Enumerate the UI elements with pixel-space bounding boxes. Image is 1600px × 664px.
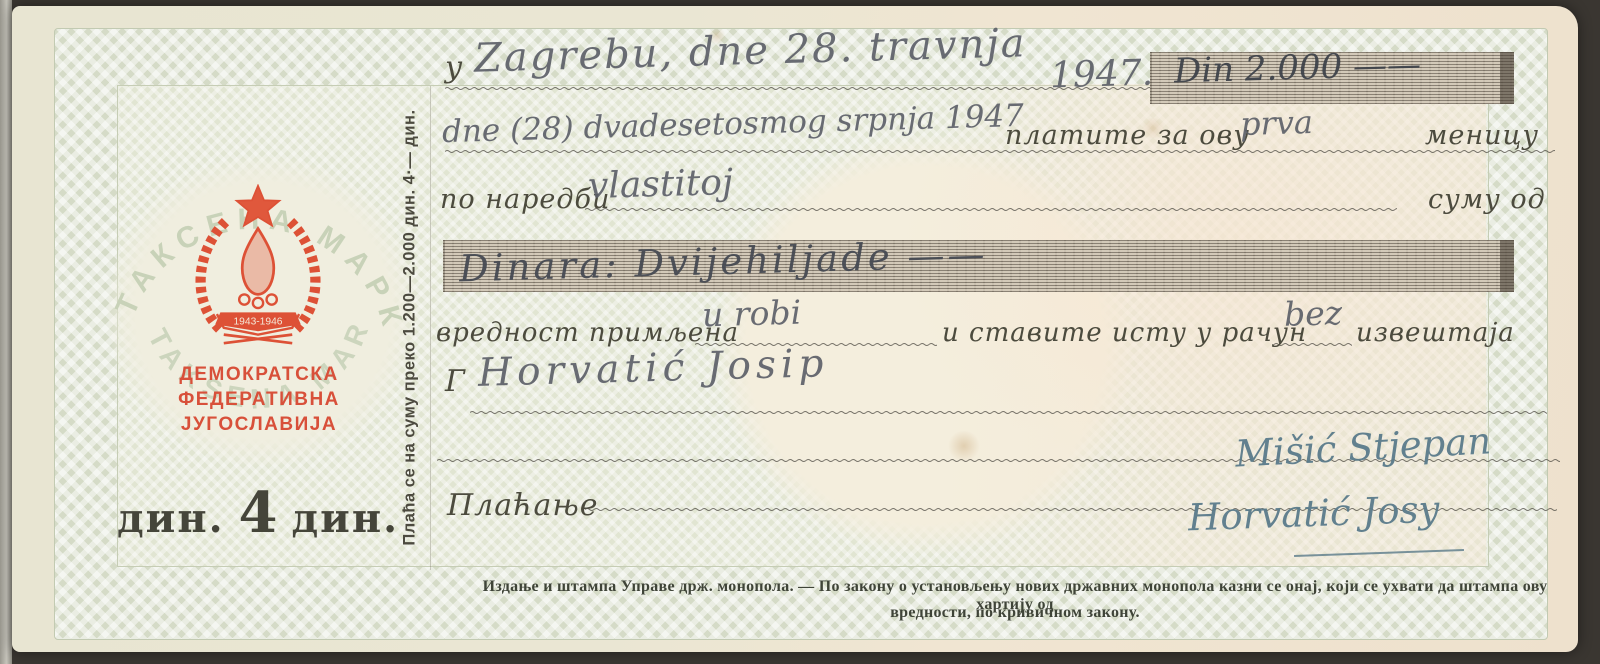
printed-payment-label: Плаћање	[447, 488, 598, 523]
emblem-flame	[242, 229, 274, 295]
coat-of-arms-emblem: 1943-1946	[172, 184, 344, 362]
emblem-banner-years: 1943-1946	[233, 316, 282, 327]
country-name-line3: ЈУГОСЛАВИЈА	[104, 414, 414, 436]
handwritten-without: bez	[1283, 293, 1342, 334]
emblem-ornament	[267, 294, 277, 304]
write-line	[445, 149, 1555, 154]
printed-mister-initial: Г	[445, 364, 466, 399]
emblem-ribbon-tails	[224, 335, 292, 344]
scan-edge-strip	[0, 0, 12, 664]
section-divider-line	[430, 86, 431, 570]
handwritten-amount-figures: Din 2.000 ——	[1173, 45, 1421, 92]
write-line	[585, 207, 1397, 212]
write-line	[1274, 342, 1352, 347]
write-line	[470, 410, 1547, 415]
denomination-value: 4	[239, 480, 278, 546]
country-name-line1: ДЕМОКРАТСКА	[104, 364, 414, 386]
printed-put-to-account: и ставите исту у рачун	[942, 318, 1307, 348]
signature-second: Horvatić Josy	[1187, 488, 1440, 540]
handwritten-ordinal: prva	[1239, 103, 1313, 143]
printed-pay-for-this: платите за ову	[1005, 120, 1250, 151]
handwritten-year: 1947.	[1049, 53, 1153, 97]
denomination: дин. 4 дин.	[108, 480, 408, 546]
handwritten-value-in: u robi	[701, 293, 801, 335]
country-name-line2: ФЕДЕРАТИВНА	[104, 389, 414, 411]
denomination-left-label: дин.	[117, 495, 225, 542]
printed-value-received: вредност примљена	[436, 318, 739, 348]
emblem-ornament	[239, 294, 249, 304]
denomination-right-label: дин.	[291, 495, 399, 542]
bill-of-exchange-document: ТАКСЕНА МАРКА TAKSENA MARKA 1943-1946 ДЕ…	[12, 6, 1578, 652]
printed-in-prefix: у	[445, 50, 463, 85]
footer-legal-line2: вредности, по кривичном закону.	[482, 604, 1548, 622]
printed-bill-word: меницу	[1425, 120, 1539, 151]
tax-scale-vertical-note: Плаћа се на суму преко 1.200—2.000 дин. …	[401, 93, 420, 563]
emblem-star	[237, 186, 280, 226]
printed-sum-of: суму од	[1428, 184, 1546, 215]
printed-notice-word: извештаја	[1356, 318, 1515, 348]
handwritten-order: vlastitoj	[587, 162, 733, 207]
emblem-ornament	[253, 298, 263, 308]
